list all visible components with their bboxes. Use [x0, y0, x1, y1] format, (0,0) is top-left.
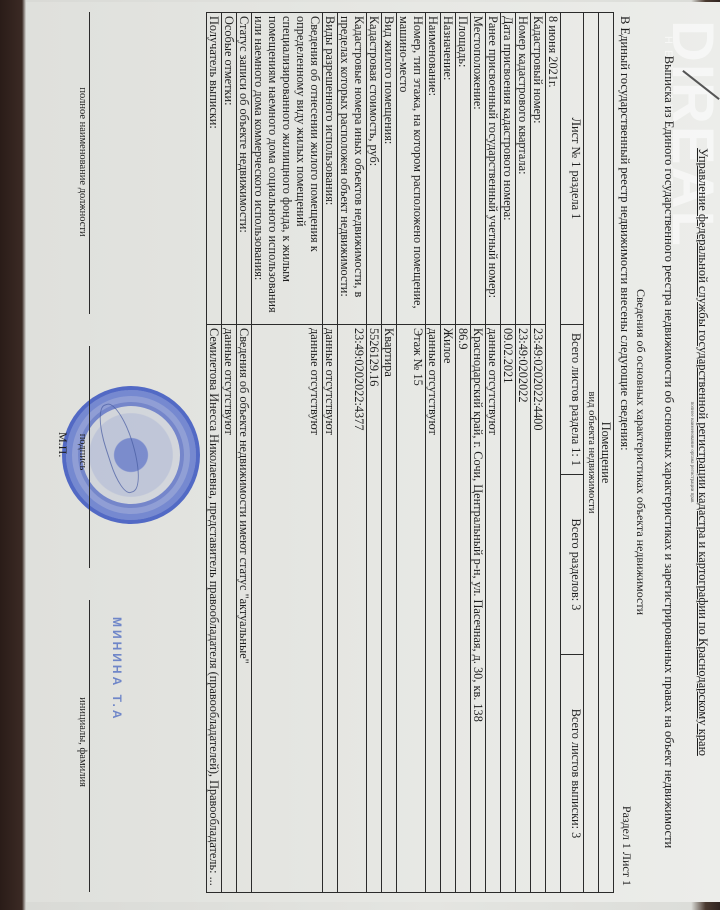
field-row: Сведения об отнесении жилого помещения к… [252, 13, 323, 893]
field-label: Статус записи об объекте недвижимости: [237, 13, 252, 325]
field-label: Назначение: [441, 13, 456, 325]
extract-date: 8 июня 2021г. [546, 13, 561, 893]
signer-name: МИНИНА Т.А [110, 617, 124, 722]
field-row: Получатель выписки:Семилетова Инесса Ник… [207, 13, 222, 893]
field-label: Кадастровые номера иных объектов недвижи… [338, 13, 367, 325]
field-value: Краснодарский край, г. Сочи, Центральный… [471, 325, 486, 893]
intro-text: В Единый государственный реестр недвижим… [617, 16, 632, 451]
signature-captions: полное наименование должности подпись ин… [77, 12, 88, 892]
field-value: 5526129.16 [367, 325, 382, 893]
field-label: Особые отметки: [222, 13, 237, 325]
field-row: Площадь:86.9 [456, 13, 471, 893]
document-title: Выписка из Единого государственного реес… [661, 2, 676, 902]
field-value: данные отсутствуют [426, 325, 441, 893]
sheet-number: Лист № 1 раздела 1 [561, 13, 584, 325]
organization-name: Управление федеральной службы государств… [695, 2, 710, 902]
document-subtitle: Сведения об основных характеристиках объ… [633, 2, 648, 902]
total-sheets: Всего листов выписки: 3 [561, 655, 584, 893]
object-type-caption: вид объекта недвижимости [584, 13, 599, 893]
field-row: Кадастровая стоимость, руб:5526129.16 [367, 13, 382, 893]
field-row: Назначение:Жилое [441, 13, 456, 893]
field-row: Статус записи об объекте недвижимости:Св… [237, 13, 252, 893]
sheets-in-section: Всего листов раздела 1: 1 [561, 325, 584, 475]
field-row: Местоположение:Краснодарский край, г. Со… [471, 13, 486, 893]
position-line [90, 12, 109, 314]
field-row: Особые отметки:данные отсутствуют [222, 13, 237, 893]
field-label: Ранее присвоенный государственный учетны… [486, 13, 501, 325]
field-value: данные отсутствуют [222, 325, 237, 893]
field-row: Вид жилого помещения:Квартира [382, 13, 397, 893]
field-label: Кадастровая стоимость, руб: [367, 13, 382, 325]
field-label: Номер кадастрового квартала: [516, 13, 531, 325]
field-value: Семилетова Инесса Николаевна, представит… [207, 325, 222, 893]
stamp-place-label: М.П. [55, 432, 70, 457]
field-label: Кадастровый номер: [531, 13, 546, 325]
field-label: Сведения об отнесении жилого помещения к… [252, 13, 323, 325]
organization-caption: полное наименование органа регистрации п… [689, 2, 694, 902]
position-caption: полное наименование должности [77, 12, 88, 312]
field-value: Сведения об объекте недвижимости имеют с… [237, 325, 252, 893]
field-value: 86.9 [456, 325, 471, 893]
field-value: 23:49:0202022:4377 [338, 325, 367, 893]
section-reference: Раздел 1 Лист 1 [619, 806, 634, 886]
field-value: данные отсутствуют [252, 325, 323, 893]
field-label: Местоположение: [471, 13, 486, 325]
field-value: 23:49:0202022:4400 [531, 325, 546, 893]
total-sections: Всего разделов: 3 [561, 475, 584, 655]
field-label: Наименование: [426, 13, 441, 325]
field-value: Жилое [441, 325, 456, 893]
field-value: Этаж № 15 [397, 325, 426, 893]
field-value: данные отсутствуют [486, 325, 501, 893]
field-label: Дата присвоения кадастрового номера: [501, 13, 516, 325]
field-label: Номер, тип этажа, на котором расположено… [397, 13, 426, 325]
field-label: Получатель выписки: [207, 13, 222, 325]
field-label: Вид жилого помещения: [382, 13, 397, 325]
field-value: 23:49:0202022 [516, 325, 531, 893]
object-type: Помещение [599, 13, 614, 893]
field-row: Ранее присвоенный государственный учетны… [486, 13, 501, 893]
characteristics-table: Помещение вид объекта недвижимости Лист … [206, 12, 614, 893]
field-row: Номер кадастрового квартала:23:49:020202… [516, 13, 531, 893]
field-label: Виды разрешенного использования: [323, 13, 338, 325]
field-row: Кадастровый номер:23:49:0202022:4400 [531, 13, 546, 893]
signature-line [90, 346, 109, 568]
signature-caption: подпись [77, 342, 88, 562]
field-row: Виды разрешенного использования:данные о… [323, 13, 338, 893]
field-row: Номер, тип этажа, на котором расположено… [397, 13, 426, 893]
field-label: Площадь: [456, 13, 471, 325]
field-value: 09.02.2021 [501, 325, 516, 893]
field-row: Дата присвоения кадастрового номера:09.0… [501, 13, 516, 893]
field-row: Кадастровые номера иных объектов недвижи… [338, 13, 367, 893]
field-value: данные отсутствуют [323, 325, 338, 893]
signature-lines [89, 12, 108, 892]
extract-document: DIREAL НЕДВИЖИМОСТЬ Управление федеральн… [26, 2, 720, 902]
name-line [90, 600, 109, 892]
name-caption: инициалы, фамилия [77, 592, 88, 892]
field-value: Квартира [382, 325, 397, 893]
field-row: Наименование:данные отсутствуют [426, 13, 441, 893]
